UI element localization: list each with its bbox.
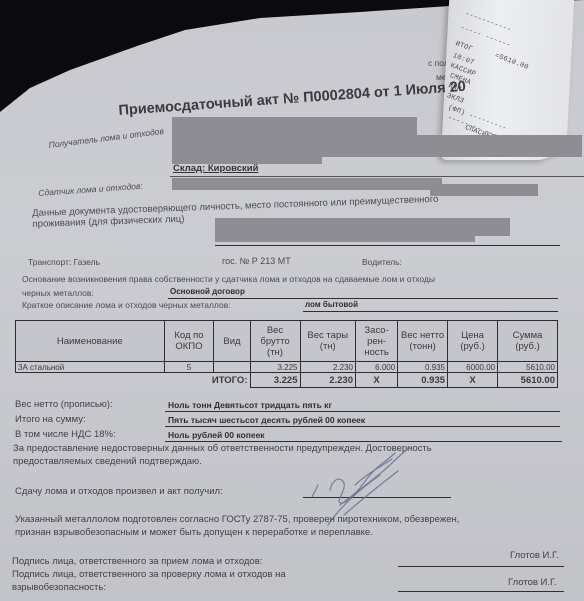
- warehouse-label: Склад: Кировский: [173, 163, 258, 174]
- reception-signature-line: [398, 566, 564, 567]
- col-header-name: Наименование: [16, 321, 165, 362]
- plate-label: гос. № Р 213 МТ: [222, 256, 291, 266]
- safety-name: Глотов И.Г.: [508, 577, 557, 588]
- description-underline: [303, 311, 558, 312]
- gost-line1: Указанный металлолом подготовлен согласн…: [15, 514, 459, 525]
- total-contamination: Х: [356, 373, 398, 388]
- cell-gross: 3.225: [250, 362, 300, 373]
- total-tare: 2.230: [300, 373, 356, 388]
- cell-net: 0.935: [398, 362, 448, 373]
- total-sum-label: Итого на сумму:: [15, 414, 86, 425]
- description-value: лом бытовой: [305, 300, 358, 309]
- vat-label: В том числе НДС 18%:: [15, 429, 116, 440]
- total-price: Х: [448, 373, 498, 388]
- redacted-block: [430, 184, 538, 196]
- ownership-underline: [168, 298, 558, 299]
- total-sum: 5610.00: [498, 373, 558, 388]
- table-row: 3А стальной 5 3.225 2.230 6.000 0.935 60…: [16, 362, 558, 373]
- total-label: ИТОГО:: [16, 373, 251, 388]
- reception-name: Глотов И.Г.: [510, 550, 559, 561]
- col-header-sum: Сумма (руб.): [498, 321, 558, 362]
- gost-line2: признан взрывобезопасным и может быть до…: [15, 527, 373, 538]
- net-weight-value: Ноль тонн Девятьсот тридцать пять кг: [168, 400, 332, 410]
- net-weight-underline: [165, 411, 560, 412]
- safety-signature-label-1: Подпись лица, ответственного за проверку…: [12, 569, 286, 580]
- col-header-contamination: Засо-рен-ность: [356, 321, 398, 362]
- cell-okpo: 5: [164, 362, 214, 373]
- total-sum-value: Пять тысяч шестьсот десять рублей 00 коп…: [168, 415, 365, 425]
- cell-price: 6000.00: [448, 362, 498, 373]
- driver-label: Водитель:: [362, 257, 402, 267]
- col-header-okpo: Код по ОКПО: [164, 321, 214, 362]
- total-sum-underline: [165, 426, 560, 427]
- cell-name: 3А стальной: [16, 362, 165, 373]
- col-header-net: Вес нетто (тонн): [398, 321, 448, 362]
- cell-type: [214, 362, 250, 373]
- id-document-underline: [215, 245, 560, 246]
- safety-signature-line: [398, 591, 564, 592]
- col-header-tare: Вес тары (тн): [300, 321, 356, 362]
- cell-contamination: 6.000: [356, 362, 398, 373]
- col-header-price: Цена (руб.): [448, 321, 498, 362]
- table-header-row: Наименование Код по ОКПО Вид Вес брутто …: [16, 321, 558, 362]
- disclaimer-line2: предоставляемых сведений подтверждаю.: [13, 456, 202, 467]
- net-weight-label: Вес нетто (прописью):: [15, 399, 113, 410]
- transport-label: Транспорт: Газель: [28, 257, 100, 267]
- safety-signature-label-2: взрывобезопасность:: [12, 582, 106, 593]
- ownership-basis-label: Основание возникновения права собственно…: [22, 274, 435, 284]
- col-header-type: Вид: [214, 321, 250, 362]
- description-label: Краткое описание лома и отходов черных м…: [22, 300, 231, 310]
- vat-value: Ноль рублей 00 копеек: [168, 430, 265, 440]
- cell-sum: 5610.00: [498, 362, 558, 373]
- receipt-line: =5610.00: [493, 52, 529, 72]
- total-net: 0.935: [398, 373, 448, 388]
- redacted-block: [172, 150, 322, 164]
- col-header-gross: Вес брутто (тн): [250, 321, 300, 362]
- handover-label: Сдачу лома и отходов произвел и акт полу…: [15, 486, 223, 497]
- ownership-basis-value: Основной договор: [170, 287, 245, 296]
- receipt-line: ИТОГ: [454, 40, 474, 54]
- ownership-basis-label-2: черных металлов:: [22, 288, 94, 298]
- vat-underline: [165, 441, 562, 442]
- divider: [170, 176, 584, 177]
- redacted-block: [215, 234, 475, 242]
- total-gross: 3.225: [250, 373, 300, 388]
- reception-signature-label: Подпись лица, ответственного за прием ло…: [12, 556, 262, 567]
- total-row: ИТОГО: 3.225 2.230 Х 0.935 Х 5610.00: [16, 373, 558, 388]
- items-table: Наименование Код по ОКПО Вид Вес брутто …: [15, 320, 558, 388]
- cell-tare: 2.230: [300, 362, 356, 373]
- redacted-block: [172, 178, 442, 190]
